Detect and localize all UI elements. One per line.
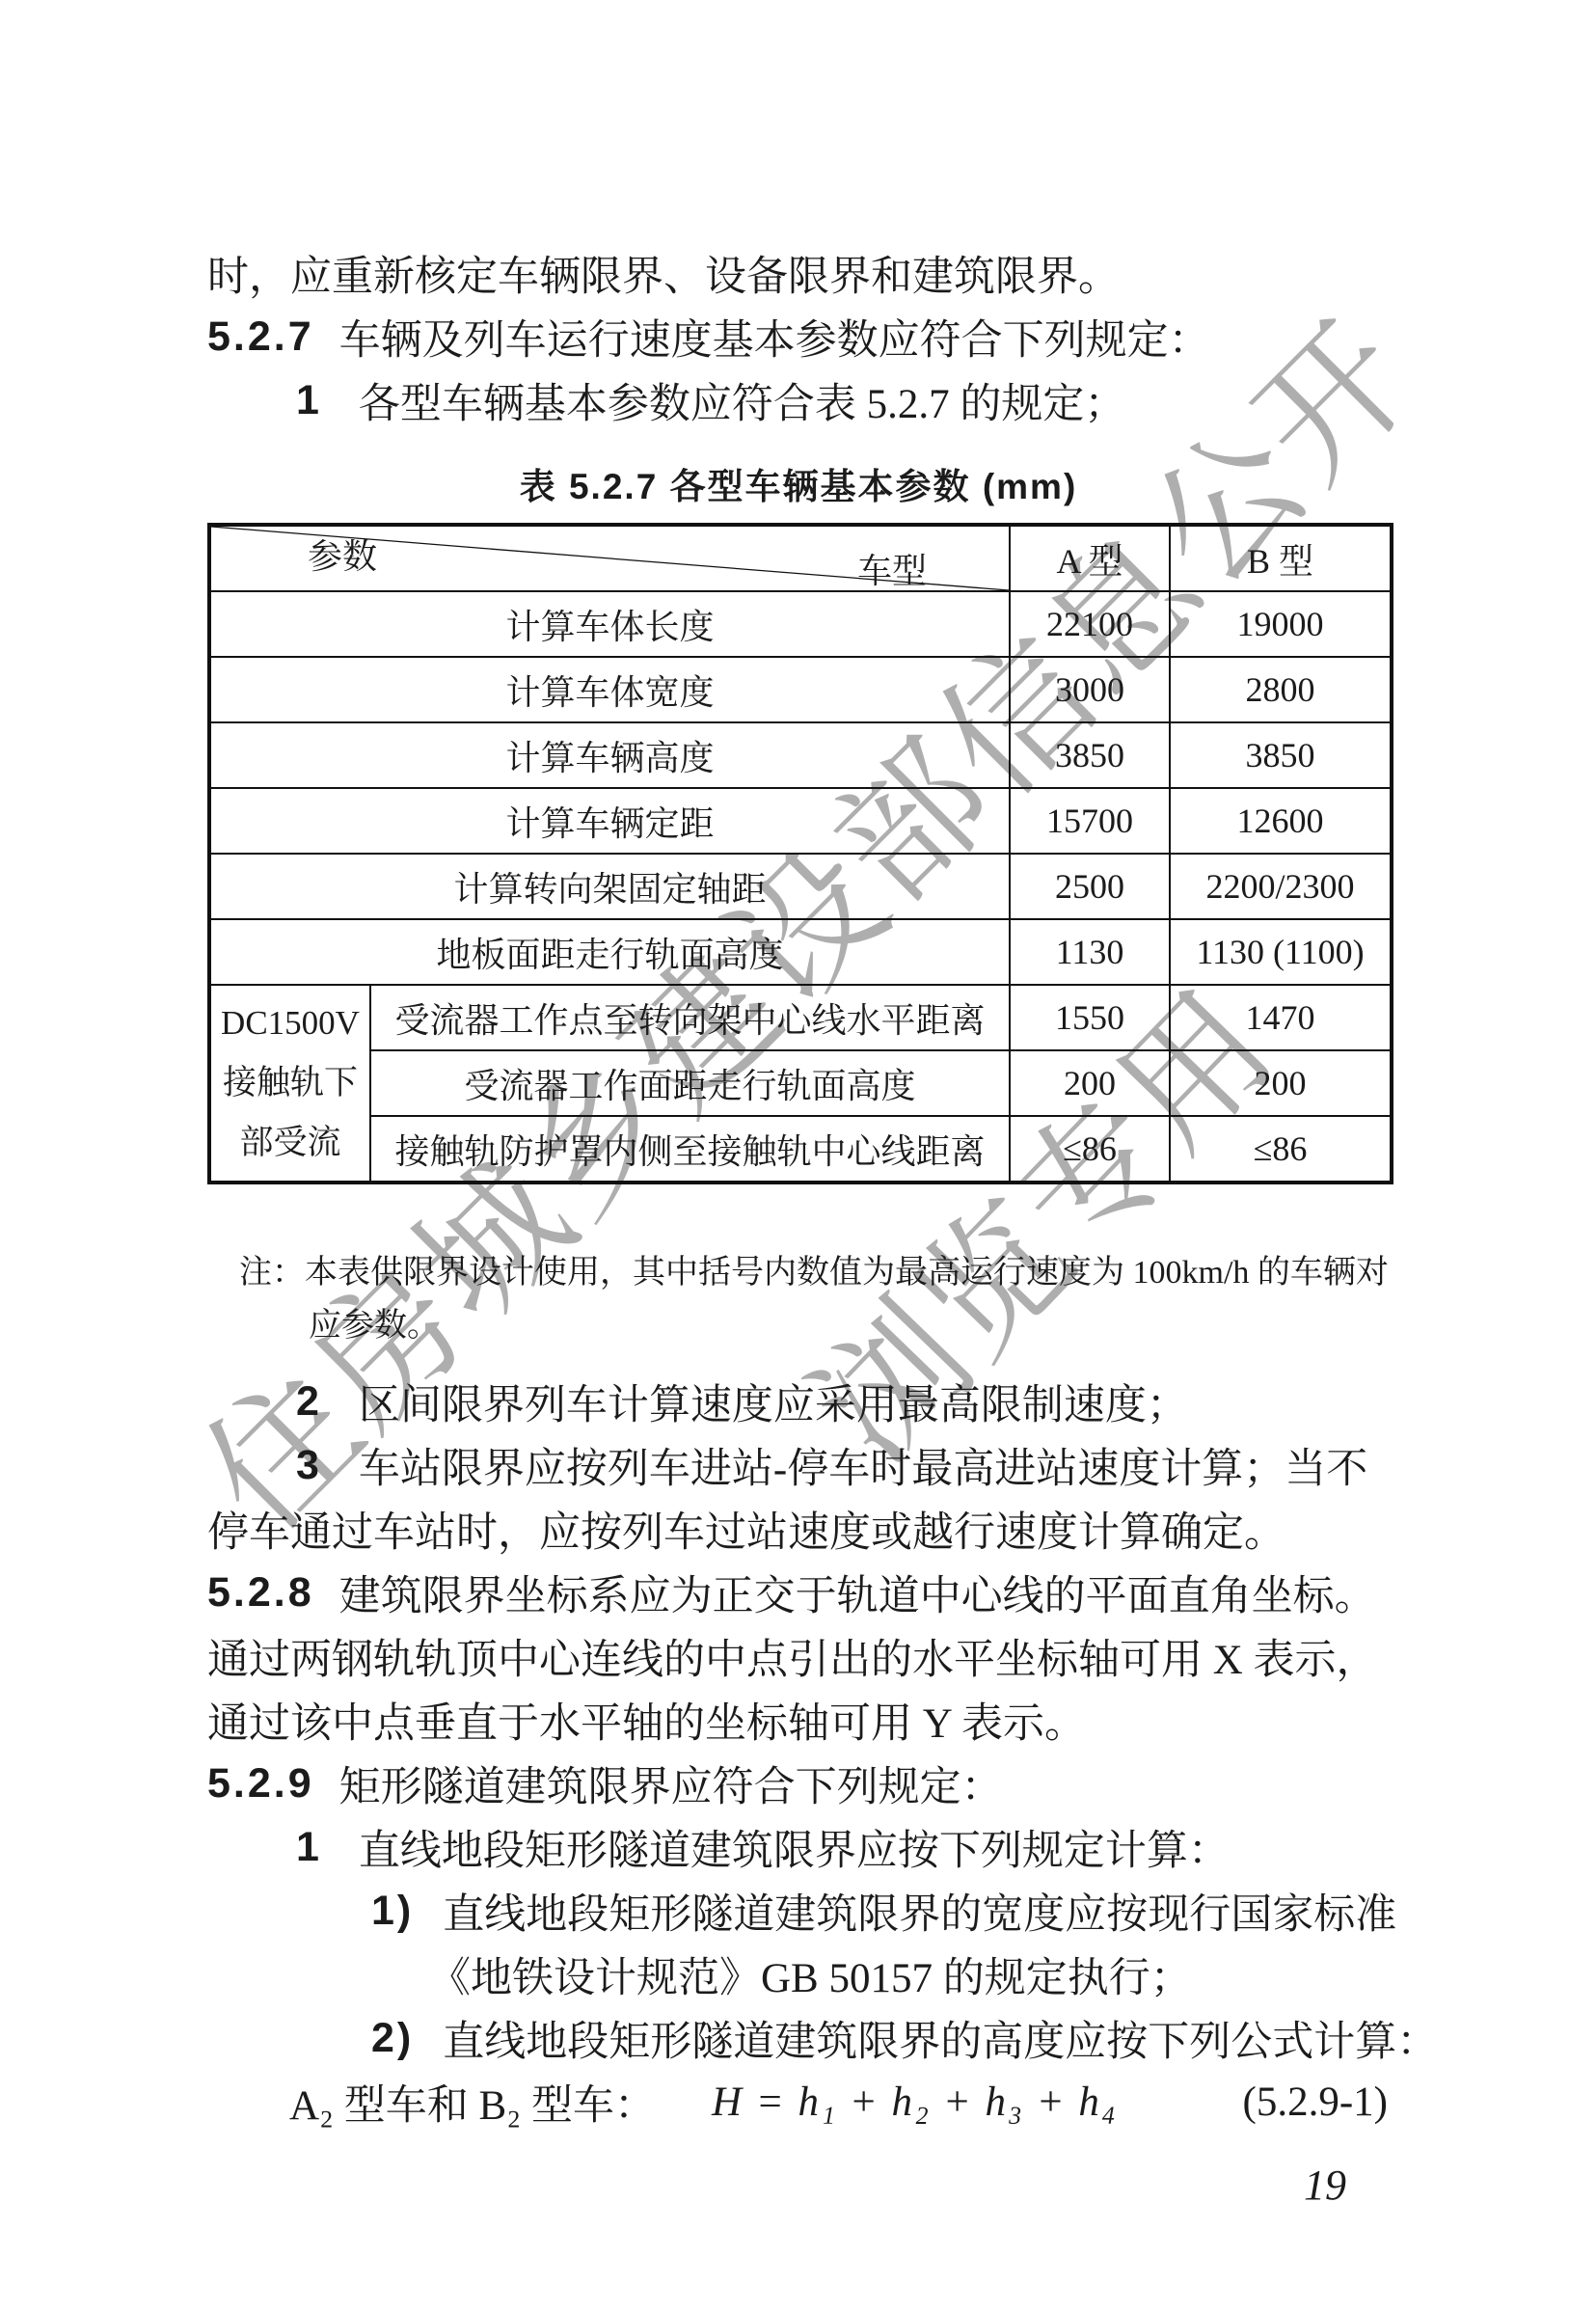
- table-note-line: 注：本表供限界设计使用，其中括号内数值为最高运行速度为 100km/h 的车辆对: [207, 1246, 1390, 1299]
- table-note-line: 应参数。: [207, 1299, 1390, 1352]
- table-row: 计算转向架固定轴距 2500 2200/2300: [209, 854, 1392, 919]
- list-number: 2): [371, 2015, 414, 2062]
- group-label-line: 部受流: [211, 1113, 369, 1173]
- value-b-cell: 2800: [1170, 657, 1392, 722]
- table-row: 计算车体长度 22100 19000: [209, 591, 1392, 657]
- page-number: 19: [1304, 2161, 1346, 2210]
- body-line: 5.2.7 车辆及列车运行速度基本参数应符合下列规定：: [207, 305, 1390, 368]
- body-line: 3 车站限界应按列车进站-停车时最高进站速度计算；当不: [207, 1433, 1390, 1497]
- formula-line: A₂ 型车和 B₂ 型车： H = h₁ + h₂ + h₃ + h₄ (5.2…: [207, 2070, 1390, 2134]
- value-a-cell: 1550: [1010, 985, 1170, 1050]
- list-number: 1): [371, 1888, 414, 1935]
- value-b-cell: 19000: [1170, 591, 1392, 657]
- value-b-cell: 200: [1170, 1050, 1392, 1116]
- body-text: 各型车辆基本参数应符合表 5.2.7 的规定；: [359, 371, 1126, 430]
- body-line: 时，应重新核定车辆限界、设备限界和建筑限界。: [207, 241, 1390, 305]
- body-text: 《地铁设计规范》GB 50157 的规定执行；: [429, 1945, 1192, 2004]
- body-line: 1) 直线地段矩形隧道建筑限界的宽度应按现行国家标准: [207, 1879, 1390, 1943]
- body-line: 5.2.8 建筑限界坐标系应为正交于轨道中心线的平面直角坐标。: [207, 1561, 1390, 1624]
- table-row: DC1500V 接触轨下 部受流 受流器工作点至转向架中心线水平距离 1550 …: [209, 985, 1392, 1050]
- value-a-cell: 3000: [1010, 657, 1170, 722]
- table-row: 计算车体宽度 3000 2800: [209, 657, 1392, 722]
- body-line: 《地铁设计规范》GB 50157 的规定执行；: [207, 1943, 1390, 2006]
- body-text: 通过两钢轨轨顶中心连线的中点引出的水平坐标轴可用 X 表示，: [207, 1627, 1378, 1686]
- body-line: 通过该中点垂直于水平轴的坐标轴可用 Y 表示。: [207, 1688, 1390, 1752]
- table-row: 受流器工作面距走行轨面高度 200 200: [209, 1050, 1392, 1116]
- table-header-row: 车型 参数 A 型 B 型: [209, 525, 1392, 591]
- value-a-cell: 200: [1010, 1050, 1170, 1116]
- body-text: 建筑限界坐标系应为正交于轨道中心线的平面直角坐标。: [339, 1563, 1376, 1622]
- body-text: 时，应重新核定车辆限界、设备限界和建筑限界。: [207, 244, 1120, 303]
- list-number: 1: [296, 377, 322, 424]
- table-row: 计算车辆高度 3850 3850: [209, 722, 1392, 788]
- body-line: 2 区间限界列车计算速度应采用最高限制速度；: [207, 1370, 1390, 1433]
- group-label-cell: DC1500V 接触轨下 部受流: [209, 985, 370, 1183]
- value-b-cell: 12600: [1170, 788, 1392, 854]
- value-b-cell: 1470: [1170, 985, 1392, 1050]
- body-text: 矩形隧道建筑限界应符合下列规定：: [339, 1754, 1003, 1813]
- value-b-cell: 3850: [1170, 722, 1392, 788]
- value-a-cell: 1130: [1010, 919, 1170, 985]
- param-cell: 计算车辆高度: [209, 722, 1010, 788]
- table-note: 注：本表供限界设计使用，其中括号内数值为最高运行速度为 100km/h 的车辆对…: [207, 1246, 1390, 1352]
- paragraph-block-top: 时，应重新核定车辆限界、设备限界和建筑限界。 5.2.7 车辆及列车运行速度基本…: [207, 241, 1390, 432]
- body-line: 2) 直线地段矩形隧道建筑限界的高度应按下列公式计算：: [207, 2006, 1390, 2070]
- body-text: 直线地段矩形隧道建筑限界应按下列规定计算：: [359, 1818, 1230, 1877]
- value-b-cell: 2200/2300: [1170, 854, 1392, 919]
- diagonal-header-cell: 车型 参数: [209, 525, 1010, 591]
- vehicle-parameters-table: 车型 参数 A 型 B 型 计算车体长度 22100 19000 计算车体宽度 …: [207, 523, 1393, 1184]
- formula-expression: H = h₁ + h₂ + h₃ + h₄: [712, 2079, 1118, 2126]
- column-header-type-b: B 型: [1170, 525, 1392, 591]
- value-a-cell: 15700: [1010, 788, 1170, 854]
- body-line: 通过两钢轨轨顶中心连线的中点引出的水平坐标轴可用 X 表示，: [207, 1624, 1390, 1688]
- list-number: 3: [296, 1442, 322, 1489]
- table-caption: 表 5.2.7 各型车辆基本参数 (mm): [207, 453, 1390, 513]
- body-line: 1 直线地段矩形隧道建筑限界应按下列规定计算：: [207, 1815, 1390, 1879]
- param-cell: 计算车辆定距: [209, 788, 1010, 854]
- list-number: 1: [296, 1824, 322, 1871]
- clause-number: 5.2.7: [207, 313, 314, 361]
- body-text: 车辆及列车运行速度基本参数应符合下列规定：: [339, 308, 1210, 367]
- value-a-cell: ≤86: [1010, 1116, 1170, 1183]
- clause-number: 5.2.8: [207, 1569, 314, 1617]
- value-a-cell: 2500: [1010, 854, 1170, 919]
- formula-prefix: A₂ 型车和 B₂ 型车：: [289, 2073, 656, 2132]
- param-cell: 受流器工作面距走行轨面高度: [370, 1050, 1010, 1116]
- value-b-cell: ≤86: [1170, 1116, 1392, 1183]
- page-content: 时，应重新核定车辆限界、设备限界和建筑限界。 5.2.7 车辆及列车运行速度基本…: [0, 0, 1596, 2311]
- body-text: 直线地段矩形隧道建筑限界的宽度应按现行国家标准: [443, 1882, 1396, 1941]
- clause-number: 5.2.9: [207, 1760, 314, 1808]
- body-text: 停车通过车站时，应按列车过站速度或越行速度计算确定。: [207, 1500, 1285, 1559]
- body-line: 停车通过车站时，应按列车过站速度或越行速度计算确定。: [207, 1497, 1390, 1561]
- header-corner-top-label: 车型: [857, 544, 927, 593]
- param-cell: 地板面距走行轨面高度: [209, 919, 1010, 985]
- group-label-line: DC1500V: [211, 993, 369, 1053]
- param-cell: 计算车体宽度: [209, 657, 1010, 722]
- body-line: 5.2.9 矩形隧道建筑限界应符合下列规定：: [207, 1752, 1390, 1815]
- body-line: 1 各型车辆基本参数应符合表 5.2.7 的规定；: [207, 368, 1390, 432]
- column-header-type-a: A 型: [1010, 525, 1170, 591]
- list-number: 2: [296, 1378, 322, 1426]
- table-row: 接触轨防护罩内侧至接触轨中心线距离 ≤86 ≤86: [209, 1116, 1392, 1183]
- param-cell: 接触轨防护罩内侧至接触轨中心线距离: [370, 1116, 1010, 1183]
- value-a-cell: 3850: [1010, 722, 1170, 788]
- value-b-cell: 1130 (1100): [1170, 919, 1392, 985]
- table-row: 计算车辆定距 15700 12600: [209, 788, 1392, 854]
- formula-equation-number: (5.2.9-1): [1243, 2079, 1388, 2126]
- body-text: 直线地段矩形隧道建筑限界的高度应按下列公式计算：: [443, 2009, 1438, 2068]
- header-corner-bottom-label: 参数: [308, 530, 377, 579]
- body-text: 通过该中点垂直于水平轴的坐标轴可用 Y 表示。: [207, 1691, 1086, 1750]
- body-text: 车站限界应按列车进站-停车时最高进站速度计算；当不: [359, 1436, 1367, 1495]
- param-cell: 受流器工作点至转向架中心线水平距离: [370, 985, 1010, 1050]
- paragraph-block-bottom: 2 区间限界列车计算速度应采用最高限制速度； 3 车站限界应按列车进站-停车时最…: [207, 1370, 1390, 2134]
- table-row: 地板面距走行轨面高度 1130 1130 (1100): [209, 919, 1392, 985]
- document-page: 住房城乡建设部信息公开 浏览专用 时，应重新核定车辆限界、设备限界和建筑限界。 …: [0, 0, 1596, 2311]
- group-label-line: 接触轨下: [211, 1053, 369, 1113]
- body-text: 区间限界列车计算速度应采用最高限制速度；: [359, 1373, 1188, 1431]
- value-a-cell: 22100: [1010, 591, 1170, 657]
- param-cell: 计算转向架固定轴距: [209, 854, 1010, 919]
- param-cell: 计算车体长度: [209, 591, 1010, 657]
